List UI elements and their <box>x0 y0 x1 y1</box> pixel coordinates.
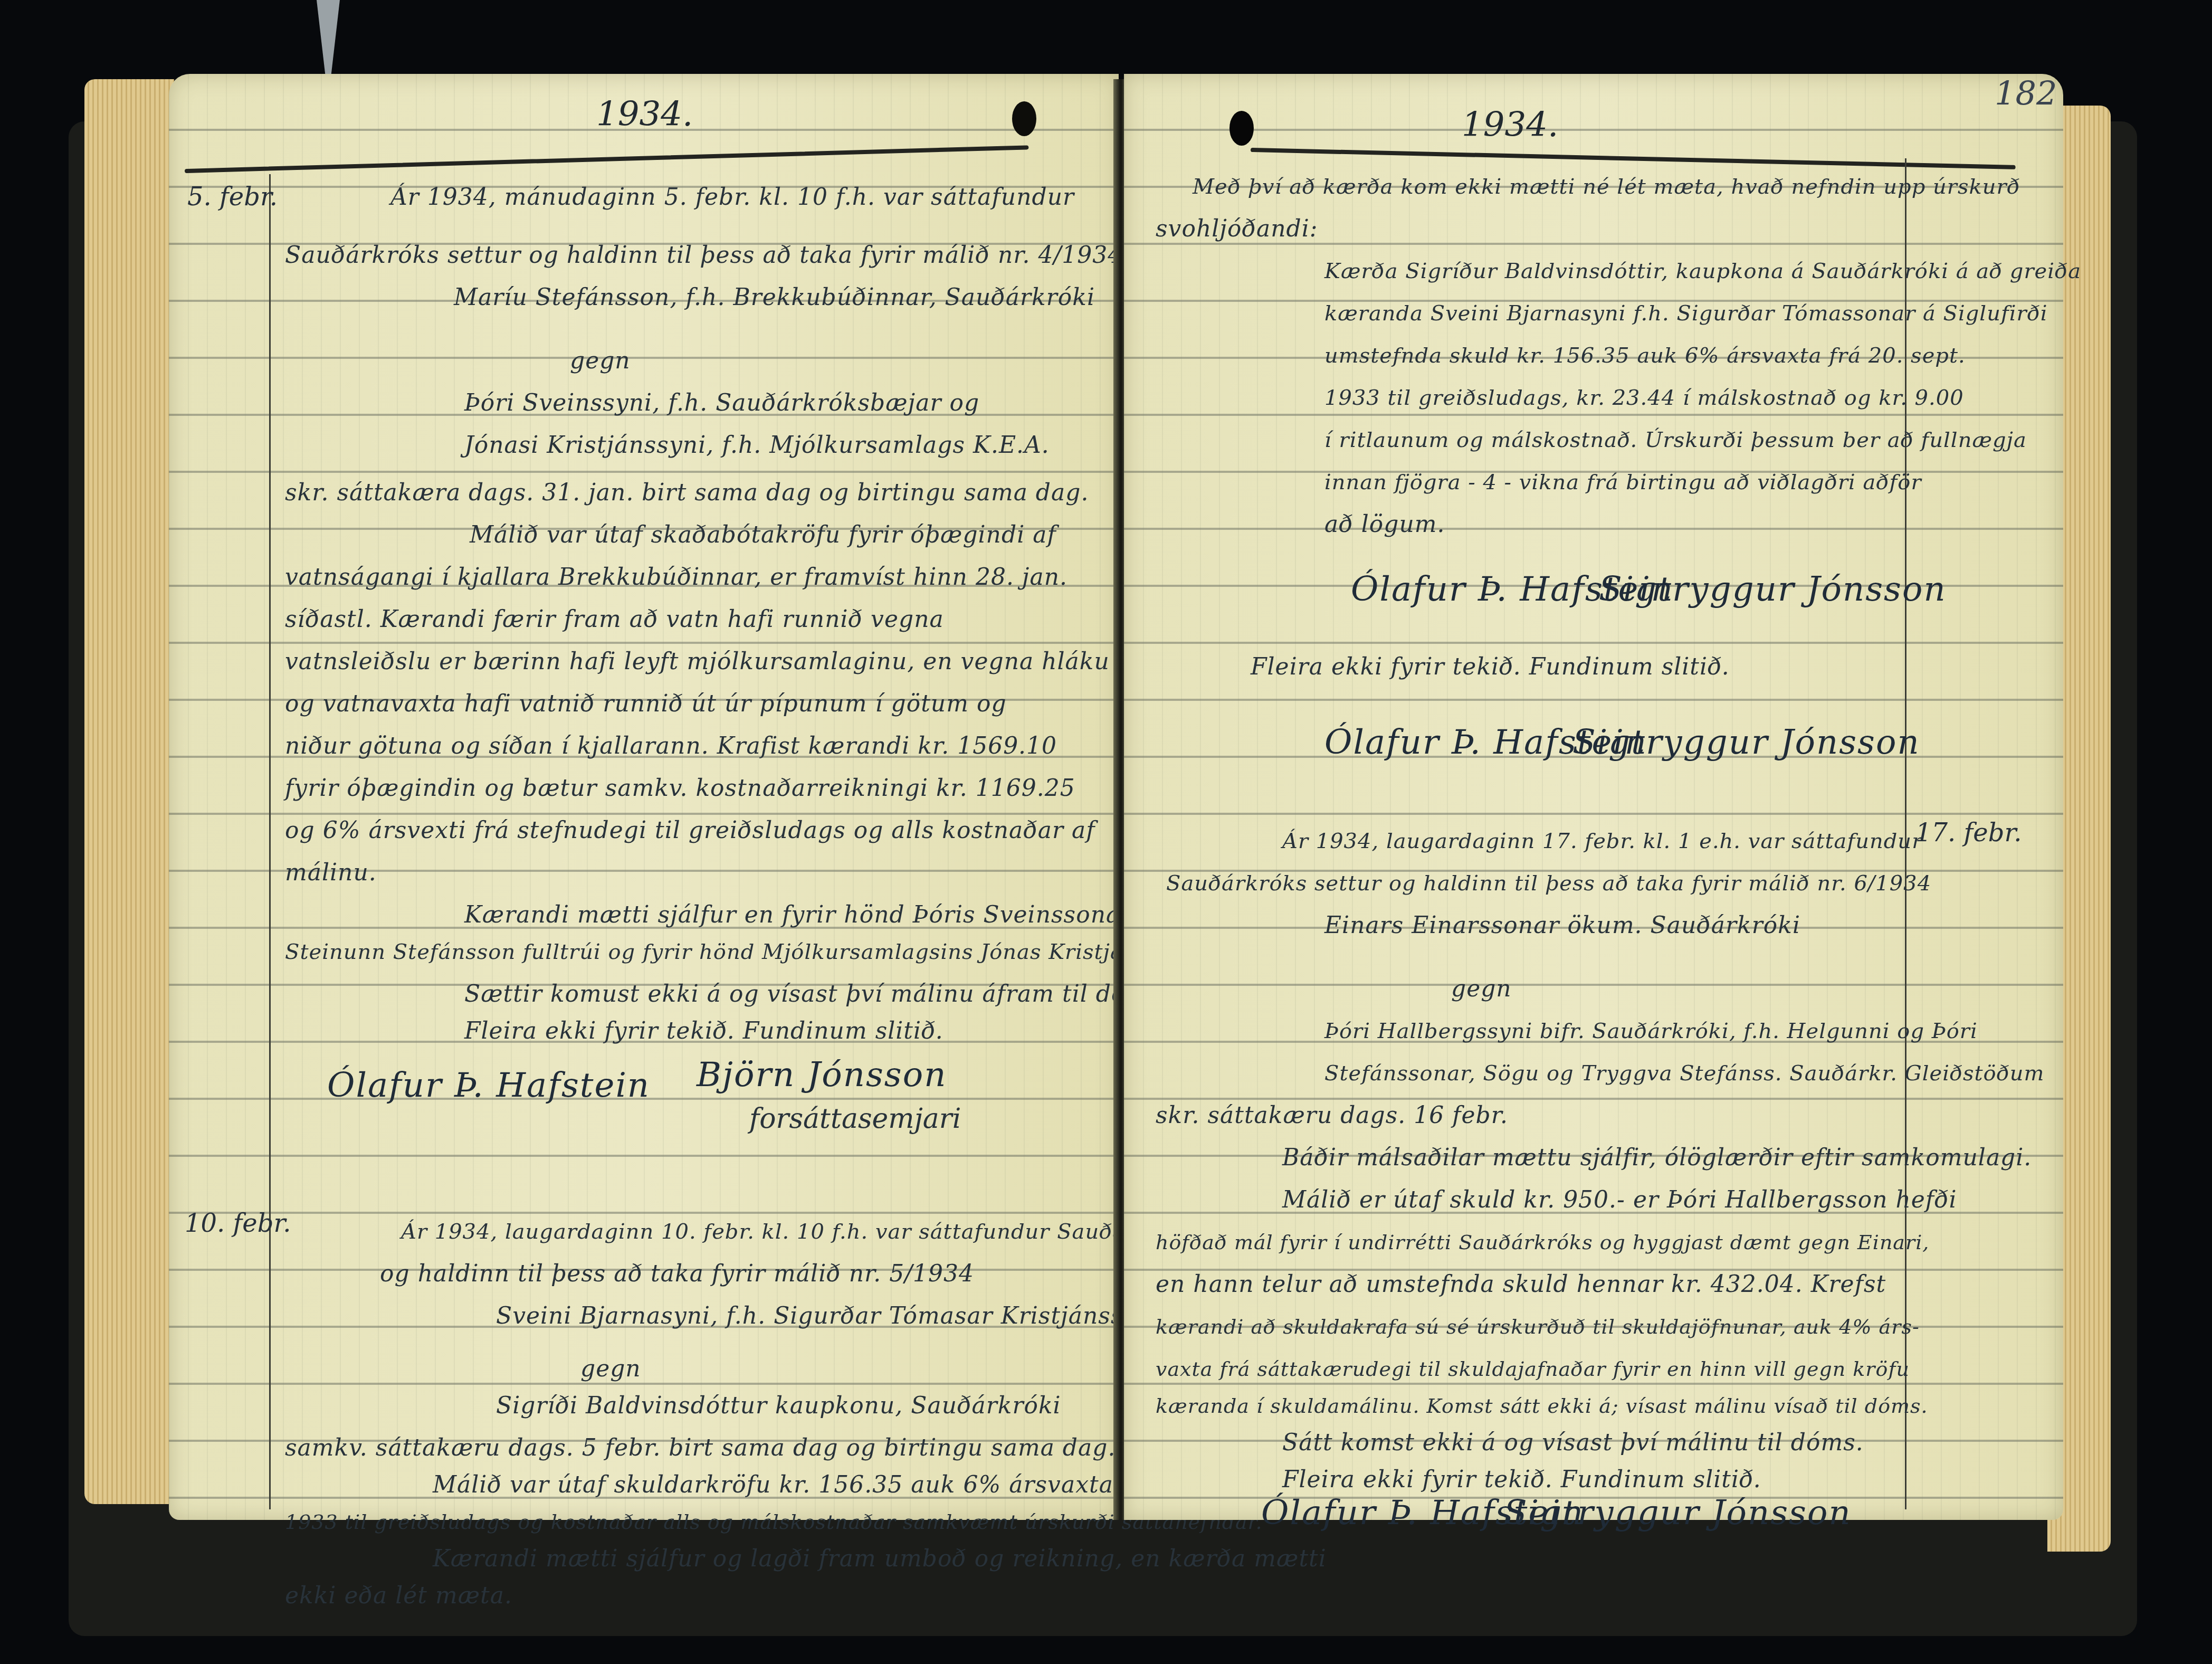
left-page-stack-edge <box>84 79 174 1504</box>
ruling-line: að lögum. <box>1324 496 1445 553</box>
closing-line: Fleira ekki fyrir tekið. Fundinum slitið… <box>464 1003 943 1060</box>
page-number: 182 <box>1995 74 2057 112</box>
entry-line: svohljóðandi: <box>1156 201 1318 258</box>
right-page: 1934. 182 Með því að kærða kom ekki mætt… <box>1124 74 2063 1520</box>
entry-line: Ár 1934, mánudaginn 5. febr. kl. 10 f.h.… <box>390 169 1074 226</box>
margin-date: 10. febr. <box>185 1209 291 1238</box>
margin-rule <box>269 174 271 1509</box>
punch-hole <box>1012 101 1036 136</box>
margin-date: 17. febr. <box>1915 818 2022 848</box>
signature: Björn Jónsson <box>697 1056 947 1095</box>
margin-date: 5. febr. <box>187 182 278 212</box>
party-name: Einars Einarssonar ökum. Sauðárkróki <box>1324 897 1800 954</box>
closing-line: Fleira ekki fyrir tekið. Fundinum slitið… <box>1251 639 1730 696</box>
entry-line: og 6% ársvexti frá stefnudegi til greiðs… <box>285 802 1095 859</box>
signature: Sigtryggur Jónsson <box>1504 1494 1852 1533</box>
signature-title: forsáttasemjari <box>749 1103 961 1135</box>
left-page: 1934. 5. febr. Ár 1934, mánudaginn 5. fe… <box>169 74 1119 1520</box>
year-header: 1934. <box>596 95 693 134</box>
entry-line: ekki eða lét mæta. <box>285 1567 512 1624</box>
year-header: 1934. <box>1462 106 1558 145</box>
entry-line: Kærandi mætti sjálfur og lagði fram umbo… <box>433 1530 1327 1587</box>
party-name: Maríu Stefánsson, f.h. Brekkubúðinnar, S… <box>454 269 1095 326</box>
signature: Ólafur Þ. Hafstein <box>327 1066 650 1105</box>
entry-line: málinu. <box>285 844 377 901</box>
punch-hole <box>1229 111 1254 146</box>
signature: Sigtryggur Jónsson <box>1572 723 1920 762</box>
signature: Sigtryggur Jónsson <box>1599 570 1947 609</box>
